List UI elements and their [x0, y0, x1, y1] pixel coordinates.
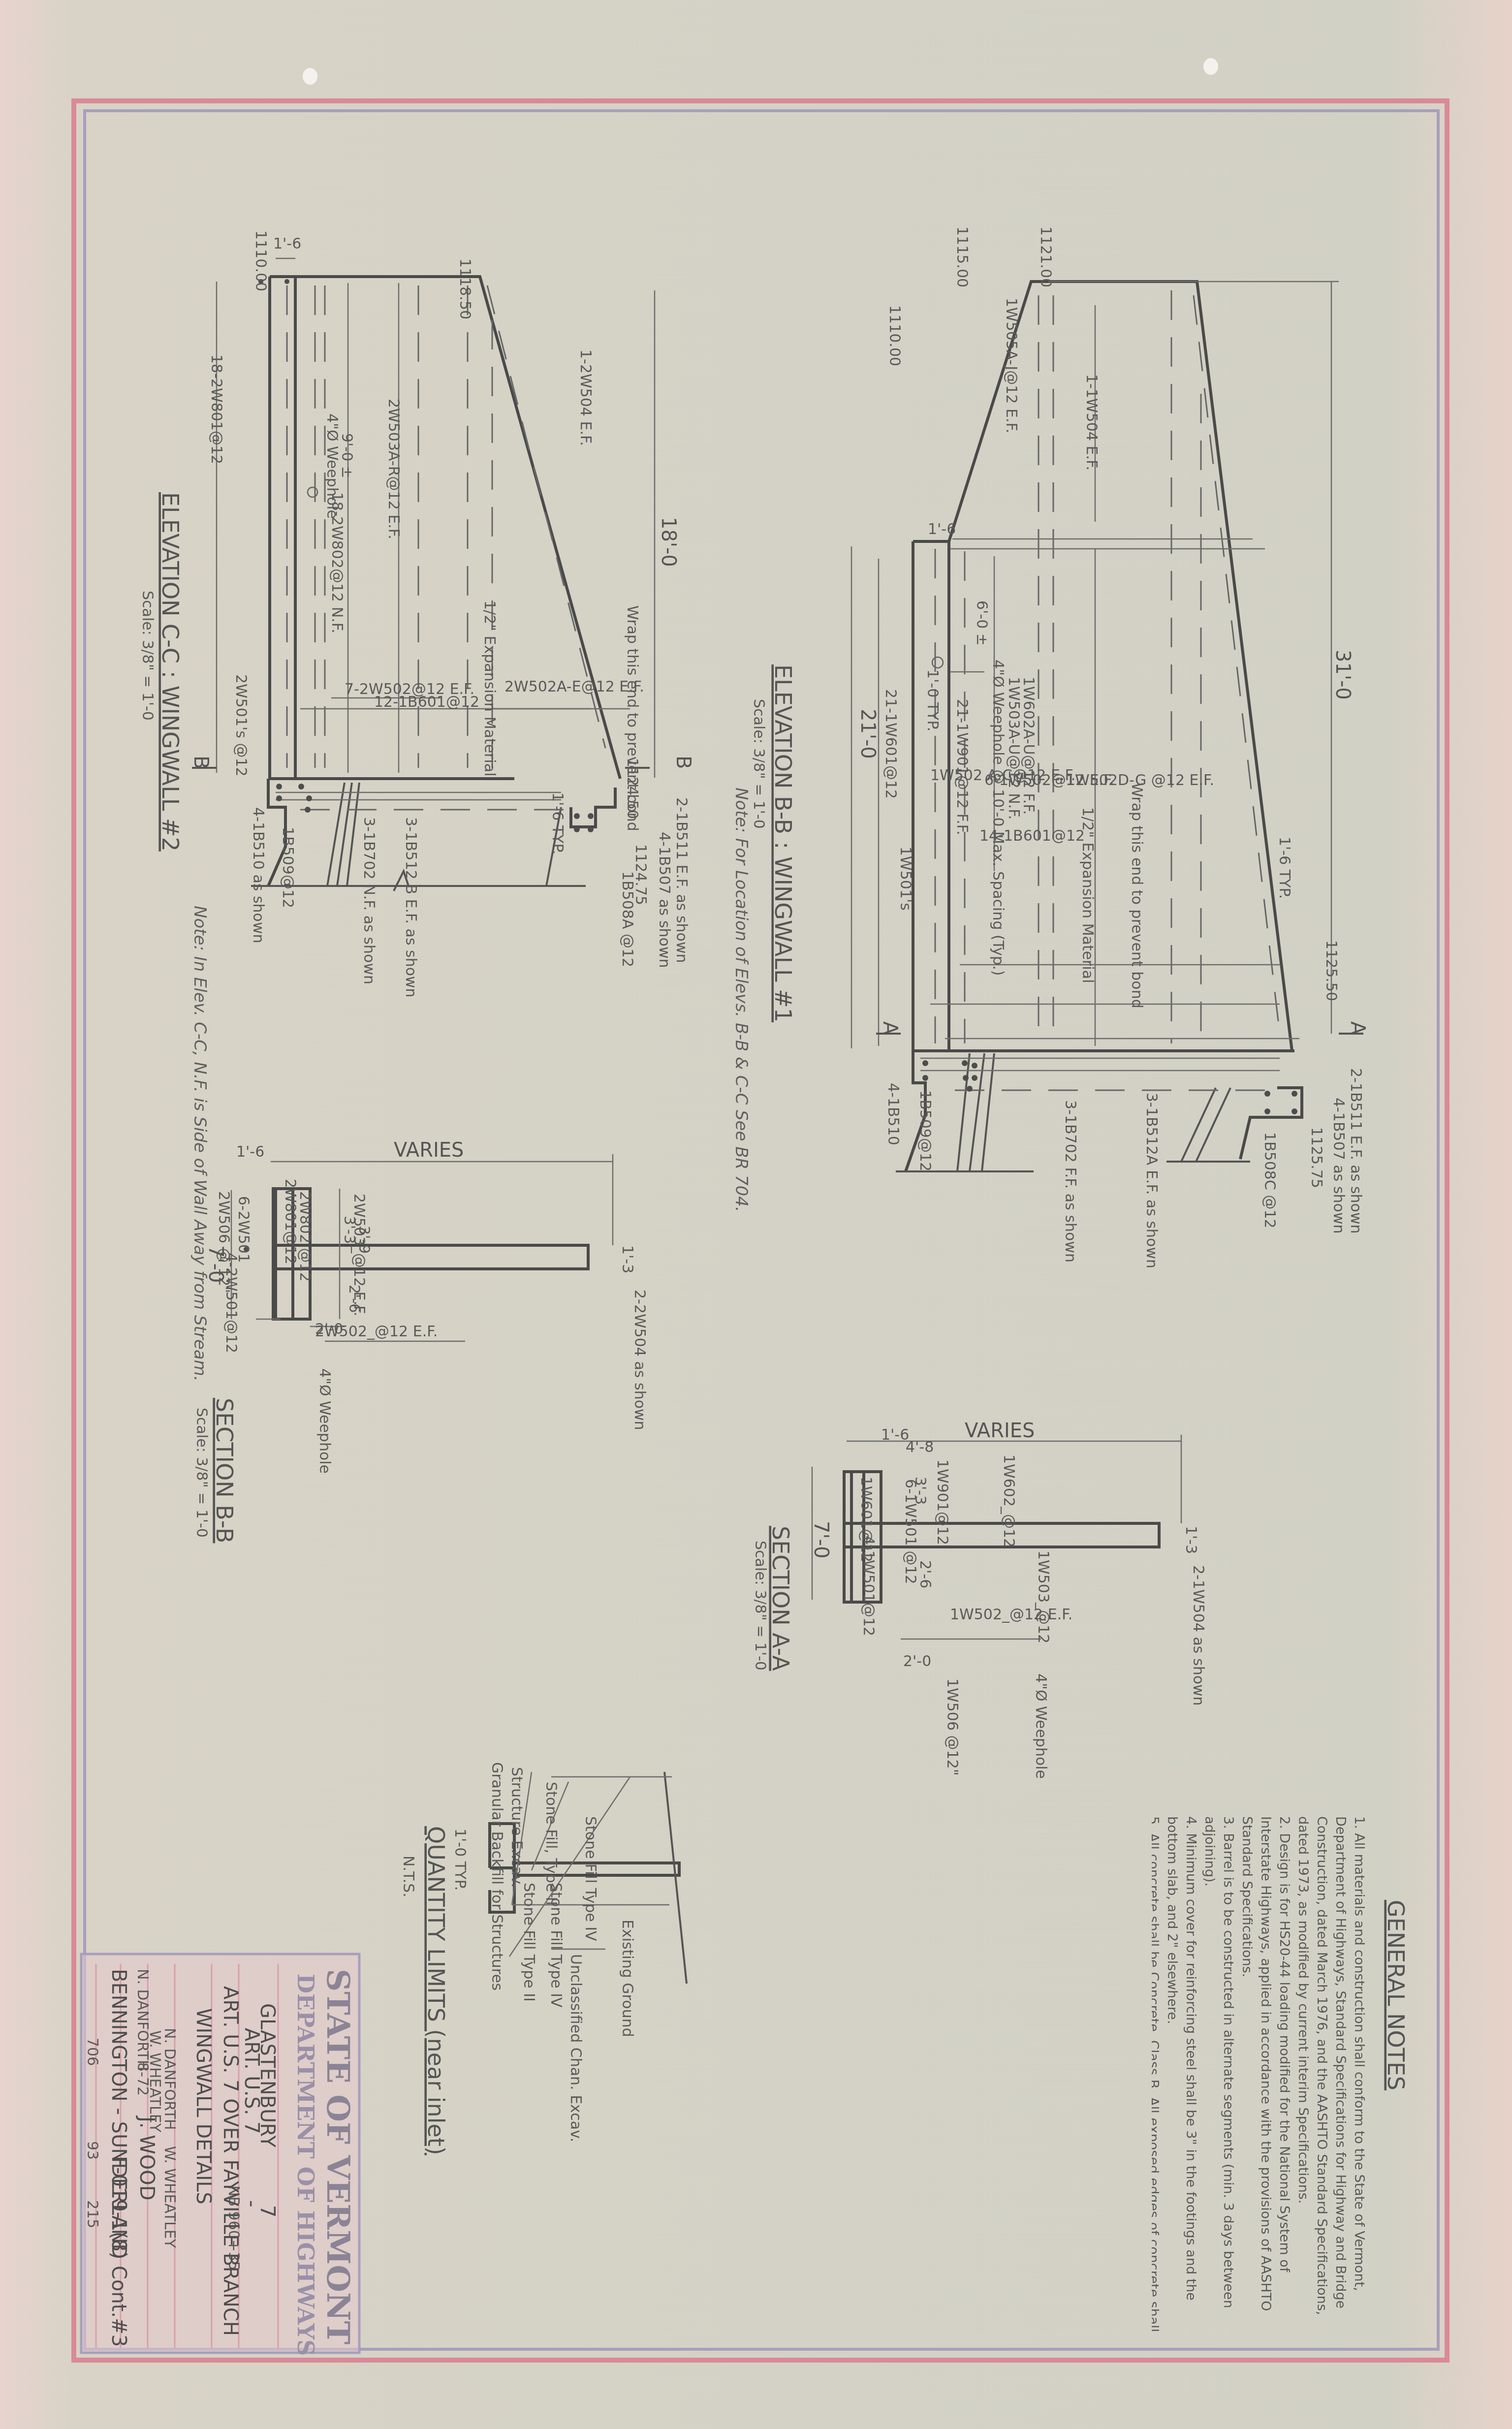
quantity-label: Structure Excav.	[508, 1767, 525, 1888]
drawing-canvas: 1110.00 1118.50 1124.50 1124.75 1'-6 18'…	[0, 0, 1512, 2429]
rebar-label: 2-1B511 E.F. as shown	[673, 797, 690, 963]
rebar-label: 1-2W504 E.F.	[577, 349, 594, 446]
elev-label: 1110.00	[252, 230, 269, 291]
section-aa-drawing: 1'-6 VARIES 4'-8 7'-0 3'-3 2'-6 2'-0 1'-…	[752, 1420, 1207, 1779]
elev-label: 1110.00	[886, 305, 903, 366]
rebar-label: 2W503_@12 E.F.	[350, 1194, 368, 1316]
weephole-label: 4"Ø Weephole @ 10'-0 Max. Spacing (Typ.)	[989, 660, 1007, 976]
rebar-label: 1W506 @12"	[944, 1678, 961, 1776]
quantity-limits-subtitle: N.T.S.	[400, 1856, 417, 1897]
note-item: 4. Minimum cover for reinforcing steel s…	[1163, 1816, 1200, 2333]
rebar-label: 2W801@12	[282, 1179, 299, 1264]
dim-label: 31'-0	[1331, 650, 1354, 700]
elev-label: 1121.00	[1037, 226, 1054, 287]
section-mark: A	[1346, 1021, 1369, 1035]
quantity-label: 1'-0 TYP.	[451, 1829, 469, 1891]
dim-label: 4'-8	[906, 1439, 934, 1456]
elevation-cc-title: ELEVATION C-C : WINGWALL #2	[157, 492, 184, 852]
rebar-label: 3-1B512A E.F. as shown	[1143, 1093, 1160, 1268]
section-bb-title: SECTION B-B	[211, 1398, 238, 1543]
dim-label: 1'-6	[928, 521, 956, 538]
rebar-label: 1W503_@12	[1035, 1550, 1052, 1643]
section-mark: B	[672, 756, 694, 769]
dim-label: 1'-0 TYP.	[924, 669, 941, 731]
weephole-label: 4"Ø Weephole	[316, 1368, 333, 1474]
elev-label: 1118.50	[456, 258, 473, 319]
dim-label: 6'-0 ±	[973, 600, 990, 646]
dim-label: VARIES	[394, 1139, 464, 1162]
rebar-label: 4-1W501@12	[860, 1536, 877, 1636]
dim-label: 2'-0	[903, 1653, 931, 1670]
note-item: 2. Design is for HS20-44 loading modifie…	[1237, 1816, 1293, 2333]
drawn-by: W. WHEATLEY	[161, 2146, 178, 2248]
rebar-label: 2W501's @12	[232, 674, 250, 777]
rebar-label: 2-2W504 as shown	[631, 1290, 648, 1430]
rebar-label: 1B508C @12	[1261, 1132, 1278, 1229]
sheet-of: 215	[84, 2200, 101, 2228]
elev-label: 1115.00	[953, 226, 971, 287]
supervisor: J. WOOD	[135, 2115, 158, 2201]
dim-label: 1'-6 TYP.	[549, 792, 566, 854]
rebar-label: 1B509@12	[916, 1090, 934, 1171]
dim-label: 21'-0	[856, 709, 879, 759]
quantity-limits-title: QUANTITY LIMITS (near inlet)	[423, 1826, 449, 2155]
engineer: N. DANFORTH	[134, 1969, 151, 2071]
dim-label: 7'-0	[810, 1521, 832, 1558]
department-name: DEPARTMENT OF HIGHWAYS	[292, 1974, 319, 2356]
sheet-title: WINGWALL DETAILS	[192, 2008, 215, 2205]
note-item: 3. Barrel is to be constructed in altern…	[1200, 1816, 1237, 2333]
date: 8-72	[134, 2062, 151, 2096]
rebar-label: 2-1W504 as shown	[1190, 1565, 1207, 1706]
rebar-label: 3-1B512 B E.F. as shown	[402, 817, 419, 998]
section-aa-title: SECTION A-A	[767, 1526, 794, 1671]
scale-label: Scale: 3/8" = 1'-0	[752, 1541, 769, 1671]
dim-label: VARIES	[965, 1420, 1035, 1442]
highway: ART. U.S. 7	[240, 2028, 263, 2134]
general-notes-list: 1. All materials and construction shall …	[1152, 1816, 1368, 2333]
scale-label: Scale: 3/8" = 1'-0	[750, 699, 767, 829]
quantity-label: Granular Backfill for Structures	[488, 1762, 505, 1991]
rebar-label: 2W503A-R@12 E.F.	[385, 399, 402, 539]
rebar-label: 4-1B510 as shown	[250, 807, 267, 943]
dim-label: 1'-3	[619, 1245, 636, 1273]
wrap-label: Wrap this end to prevent bond	[624, 605, 641, 831]
section-mark: B	[189, 756, 212, 769]
section-bb-drawing: 1'-6 VARIES 7'-0 3'-3 3'-9 2'-6 2'-0 1'-…	[193, 1139, 648, 1543]
description: ART. U.S. 7 OVER FAYVILLE BRANCH	[219, 1986, 242, 2336]
rebar-label: 2W502_@12 E.F.	[315, 1323, 438, 1340]
scale-label: Scale: 3/8" = 1'-0	[193, 1408, 210, 1538]
weephole-label: 4"Ø Weephole	[1032, 1673, 1049, 1779]
rebar-label: 2W802 @12	[296, 1191, 314, 1282]
dim-label: 18'-0	[657, 517, 680, 567]
rebar-label: 4-2W501@12	[222, 1253, 240, 1353]
expansion-label: 1/2" Expansion Material	[1079, 807, 1096, 983]
sheet-number: 706	[84, 2038, 101, 2066]
dim-label: 1'-6 TYP.	[1276, 837, 1293, 899]
note-item: 1. All materials and construction shall …	[1293, 1816, 1368, 2333]
rebar-label: 3-1B702 F.F. as shown	[1062, 1100, 1079, 1262]
rebar-label: 1W505A-J@12 E.F.	[1003, 298, 1020, 433]
rebar-label: 14-1B601@12	[979, 827, 1085, 845]
elevation-bb-title: ELEVATION B-B : WINGWALL #1	[770, 664, 796, 1022]
quantity-label: Stone Fill Type II	[520, 1883, 537, 2002]
rebar-label: 4-1B510	[884, 1083, 902, 1145]
scale-label: Scale: 3/8" = 1'-0	[139, 591, 156, 721]
quantity-label: Existing Ground	[619, 1920, 636, 2037]
rebar-label: 2W502A-E@12 E.F.	[504, 678, 644, 695]
wrap-label: Wrap this end to prevent bond	[1128, 783, 1145, 1009]
quantity-label: Stone Fill Type IV	[547, 1883, 565, 2008]
elevation-bb-drawing: 1115.00 1121.00 1110.00 1125.50 1125.75 …	[731, 226, 1369, 1268]
rebar-label: 18-2W802@12 N.F.	[328, 492, 346, 633]
rebar-label: 1W901@12	[934, 1459, 951, 1545]
rebar-label: 1B508A @12	[619, 871, 636, 967]
rebar-label: 21-1W601@12	[882, 689, 899, 799]
elev-label: 1125.50	[1323, 940, 1340, 1001]
drawing-sheet: 1110.00 1118.50 1124.50 1124.75 1'-6 18'…	[0, 0, 1512, 2429]
dim-label: 1'-6	[881, 1426, 909, 1444]
rebar-label: 12-1B601@12	[374, 694, 479, 711]
elev-label: 1125.75	[1308, 1127, 1325, 1188]
section-mark: A	[879, 1021, 901, 1035]
sheet: 93	[84, 2141, 101, 2160]
agency-name: STATE OF VERMONT	[319, 1969, 356, 2344]
note-bb: Note: For Location of Elevs. B-B & C-C S…	[731, 788, 751, 1212]
rebar-label: 1W502_@12 E.F.	[950, 1606, 1072, 1623]
rebar-label: 2-1B511 E.F. as shown	[1347, 1068, 1364, 1233]
rebar-label: 6-1W501 @12	[902, 1479, 919, 1584]
log-station: -	[240, 2200, 263, 2207]
quantity-limits-drawing: Granular Backfill for Structures Structu…	[400, 1762, 687, 2155]
project-number: F-019-1(8) Cont.#3	[107, 2156, 130, 2347]
note-item: 5. All concrete shall be Concrete, Class…	[1152, 1816, 1163, 2333]
rebar-label: 1-1W504 E.F.	[1083, 374, 1100, 471]
general-notes: GENERAL NOTES 1. All materials and const…	[1152, 1816, 1409, 2333]
dim-label: 1'-6	[273, 235, 301, 252]
rebar-label: 1W501's	[897, 847, 914, 911]
rebar-label: 1W602_@12	[1000, 1454, 1017, 1547]
dim-label: 1'-6	[236, 1143, 264, 1161]
dim-label: 1'-3	[1182, 1526, 1199, 1554]
quantity-label: Unclassified Chan. Excav.	[567, 1954, 584, 2142]
note-cc: Note: In Elev. C-C, N.F. is Side of Wall…	[190, 906, 210, 1382]
title-block: STATE OF VERMONT DEPARTMENT OF HIGHWAYS …	[81, 1954, 359, 2356]
rebar-label: 1W503A-U@12 N.F.	[1005, 677, 1022, 820]
rebar-label: 3-1B702 N.F. as shown	[360, 817, 378, 984]
rebar-label: 1B509@12	[279, 827, 296, 908]
rebar-label: 4-1B507 as shown	[656, 832, 673, 968]
expansion-label: 1/2" Expansion Material	[481, 600, 498, 777]
general-notes-title: GENERAL NOTES	[1383, 1900, 1409, 2090]
rebar-label: 4-1B507 as shown	[1330, 1098, 1347, 1233]
quantity-label: Stone Fill Type IV	[582, 1816, 599, 1941]
rebar-label: 18-2W801@12	[208, 354, 225, 464]
